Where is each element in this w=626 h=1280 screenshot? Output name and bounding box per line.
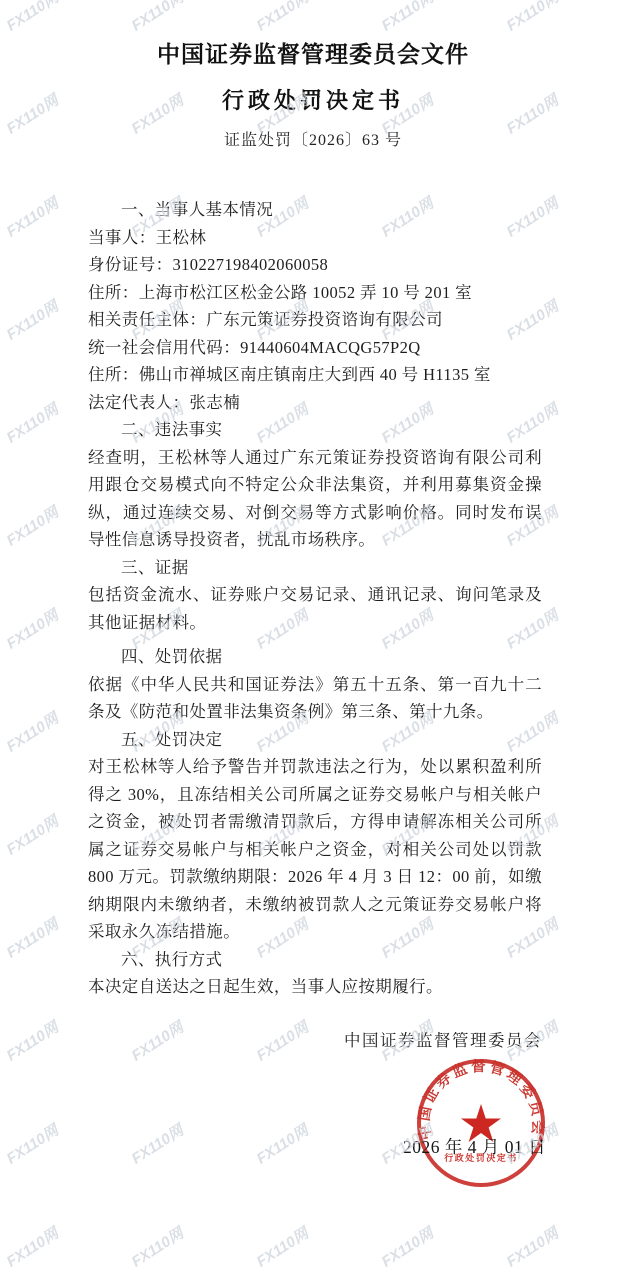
party-line: 身份证号：310227198402060058 [88, 251, 542, 279]
section-5-heading: 五、处罚决定 [88, 726, 542, 754]
signature-org: 中国证券监督管理委员会 [0, 1027, 542, 1051]
section-4-paragraph: 依据《中华人民共和国证券法》第五十五条、第一百九十二条及《防范和处置非法集资条例… [88, 671, 542, 726]
doc-number: 证监处罚〔2026〕63 号 [0, 127, 626, 150]
section-6-paragraph: 本决定自送达之日起生效，当事人应按期履行。 [88, 973, 542, 1001]
entity-line: 住所：佛山市禅城区南庄镇南庄大到西 40 号 H1135 室 [88, 361, 542, 389]
section-1-heading: 一、当事人基本情况 [88, 196, 542, 224]
section-4-heading: 四、处罚依据 [88, 643, 542, 671]
section-6-heading: 六、执行方式 [88, 946, 542, 974]
watermark-text: FX110网 [127, 1119, 187, 1168]
watermark-text: FX110网 [2, 1222, 62, 1271]
entity-line: 相关责任主体：广东元策证券投资谘询有限公司 [88, 306, 542, 334]
org-title: 中国证券监督管理委员会文件 [0, 0, 626, 69]
document-page: 中国证券监督管理委员会文件 行政处罚决定书 证监处罚〔2026〕63 号 一、当… [0, 0, 626, 1280]
section-2-heading: 二、违法事实 [88, 416, 542, 444]
document-content: 中国证券监督管理委员会文件 行政处罚决定书 证监处罚〔2026〕63 号 一、当… [0, 0, 626, 1051]
section-2-paragraph: 经查明，王松林等人通过广东元策证券投资谘询有限公司利用跟仓交易模式向不特定公众非… [88, 444, 542, 554]
watermark-text: FX110网 [252, 1222, 312, 1271]
watermark-text: FX110网 [502, 1222, 562, 1271]
party-line: 住所：上海市松江区松金公路 10052 弄 10 号 201 室 [88, 279, 542, 307]
doc-title: 行政处罚决定书 [0, 84, 626, 115]
signature-date: 2026 年 4 月 01 日 [403, 1134, 546, 1159]
watermark-text: FX110网 [377, 1222, 437, 1271]
entity-line: 统一社会信用代码：91440604MACQG57P2Q [88, 334, 542, 362]
watermark-text: FX110网 [127, 1222, 187, 1271]
section-5-paragraph: 对王松林等人给予警告并罚款违法之行为，处以累积盈利所得之 30%，且冻结相关公司… [88, 753, 542, 946]
entity-line: 法定代表人：张志楠 [88, 389, 542, 417]
official-seal: 中国证券监督管理委员会 行政处罚决定书 [414, 1056, 548, 1190]
section-3-heading: 三、证据 [88, 554, 542, 582]
party-line: 当事人：王松林 [88, 224, 542, 252]
watermark-text: FX110网 [252, 1119, 312, 1168]
watermark-text: FX110网 [2, 1119, 62, 1168]
section-3-paragraph: 包括资金流水、证券账户交易记录、通讯记录、询问笔录及其他证据材料。 [88, 581, 542, 636]
document-body: 一、当事人基本情况 当事人：王松林 身份证号：31022719840206005… [88, 196, 542, 1001]
